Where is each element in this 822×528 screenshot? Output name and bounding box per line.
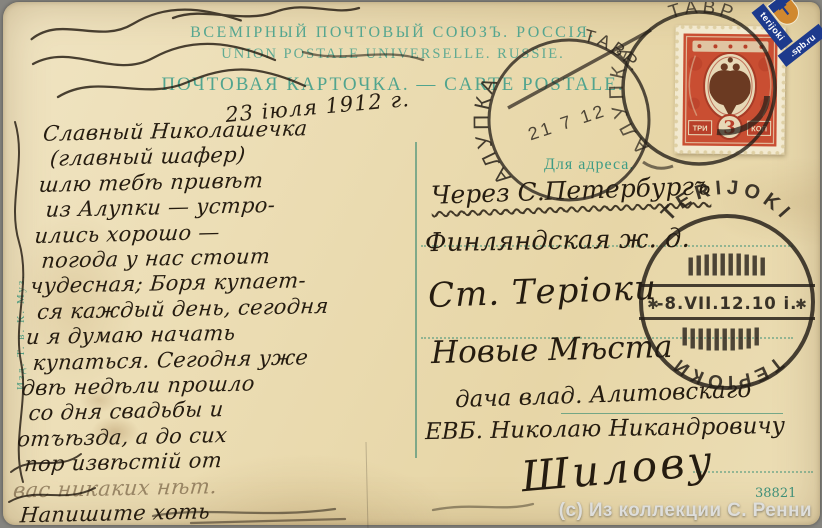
postcard-back: ВСЕМІРНЫЙ ПОЧТОВЫЙ СОЮЗЪ. РОССІЯ. UNION …	[3, 2, 820, 525]
address-section-label: Для адреса.	[544, 156, 634, 174]
address-station-line: Ст. Теріоки	[427, 268, 657, 316]
stamp-perforation	[672, 25, 680, 153]
stamp-perforation	[674, 148, 784, 156]
postmark-dateband-text: -8.VII.12.10 i.	[657, 294, 798, 313]
header-upu-french: UNION POSTALE UNIVERSELLE. RUSSIE.	[143, 46, 643, 63]
header-upu-russian: ВСЕМІРНЫЙ ПОЧТОВЫЙ СОЮЗЪ. РОССІЯ.	[143, 24, 643, 42]
address-surname-line: Шилову	[519, 436, 716, 502]
stamp-left-label: ТРИ	[693, 124, 708, 133]
card-serial-number: 38821	[755, 486, 796, 501]
postmark-hatch-marks	[683, 254, 764, 350]
postmark-star-icon: ✱	[795, 297, 807, 313]
address-railway-line: Финляндская ж. д.	[425, 224, 690, 259]
collection-watermark: (с) Из коллекции С. Ренни	[559, 500, 812, 522]
address-recipient-line: ЕВБ. Николаю Никандровичу	[425, 413, 785, 445]
address-via-line: Через С.Петербургъ	[431, 171, 712, 210]
address-place-line: Новые Мѣста	[431, 329, 673, 371]
postmark-date-text: 21 7 12	[526, 100, 609, 144]
postcard-scan: ВСЕМІРНЫЙ ПОЧТОВЫЙ СОЮЗЪ. РОССІЯ. UNION …	[0, 0, 822, 528]
stamp-right-label: КОП	[751, 124, 767, 133]
printed-header: ВСЕМІРНЫЙ ПОЧТОВЫЙ СОЮЗЪ. РОССІЯ. UNION …	[143, 24, 643, 96]
address-dacha-line: дача влад. Алитовскаго	[455, 377, 752, 413]
handwritten-message: Славный Николашечка (главный шафер) шлю …	[10, 113, 440, 528]
stamp-value: 3	[723, 117, 736, 138]
